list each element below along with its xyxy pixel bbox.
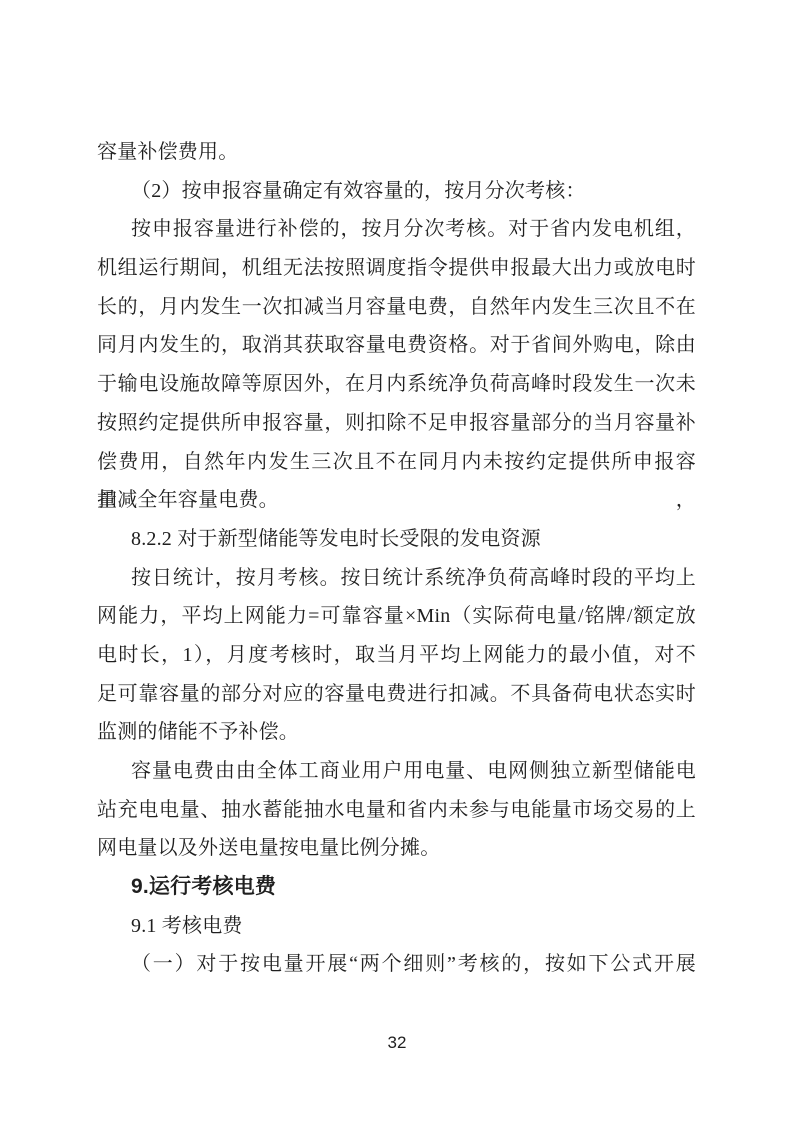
text-line: 8.2.2 对于新型储能等发电时长受限的发电资源: [97, 520, 696, 559]
text-line: 容量电费由由全体工商业用户用电量、电网侧独立新型储能电: [97, 752, 696, 791]
text-line: 偿费用，自然年内发生三次且不在同月内未按约定提供所申报容量，: [97, 443, 696, 482]
text-line: 按照约定提供所申报容量，则扣除不足申报容量部分的当月容量补: [97, 404, 696, 443]
text-line: 站充电电量、抽水蓄能抽水电量和省内未参与电能量市场交易的上: [97, 791, 696, 830]
text-line: 机组运行期间，机组无法按照调度指令提供申报最大出力或放电时: [97, 249, 696, 288]
document-body: 容量补偿费用。（2）按申报容量确定有效容量的，按月分次考核：按申报容量进行补偿的…: [97, 133, 696, 984]
text-line: 监测的储能不予补偿。: [97, 713, 696, 752]
text-line: 网能力，平均上网能力=可靠容量×Min（实际荷电量/铭牌/额定放: [97, 597, 696, 636]
section-heading: 9.运行考核电费: [97, 868, 696, 907]
text-line: （一）对于按电量开展“两个细则”考核的，按如下公式开展: [97, 945, 696, 984]
text-line: 长的，月内发生一次扣减当月容量电费，自然年内发生三次且不在: [97, 288, 696, 327]
page-number: 32: [0, 1032, 794, 1054]
text-line: 容量补偿费用。: [97, 133, 696, 172]
text-line: 同月内发生的，取消其获取容量电费资格。对于省间外购电，除由: [97, 326, 696, 365]
text-line: 按申报容量进行补偿的，按月分次考核。对于省内发电机组，: [97, 210, 696, 249]
text-line: 网电量以及外送电量按电量比例分摊。: [97, 829, 696, 868]
text-line: 足可靠容量的部分对应的容量电费进行扣减。不具备荷电状态实时: [97, 675, 696, 714]
text-line: 电时长，1），月度考核时，取当月平均上网能力的最小值，对不: [97, 636, 696, 675]
text-line: 于输电设施故障等原因外，在月内系统净负荷高峰时段发生一次未: [97, 365, 696, 404]
document-page: 容量补偿费用。（2）按申报容量确定有效容量的，按月分次考核：按申报容量进行补偿的…: [0, 0, 794, 1123]
text-line: 9.1 考核电费: [97, 907, 696, 946]
text-line: （2）按申报容量确定有效容量的，按月分次考核：: [97, 172, 696, 211]
text-line: 按日统计，按月考核。按日统计系统净负荷高峰时段的平均上: [97, 559, 696, 598]
